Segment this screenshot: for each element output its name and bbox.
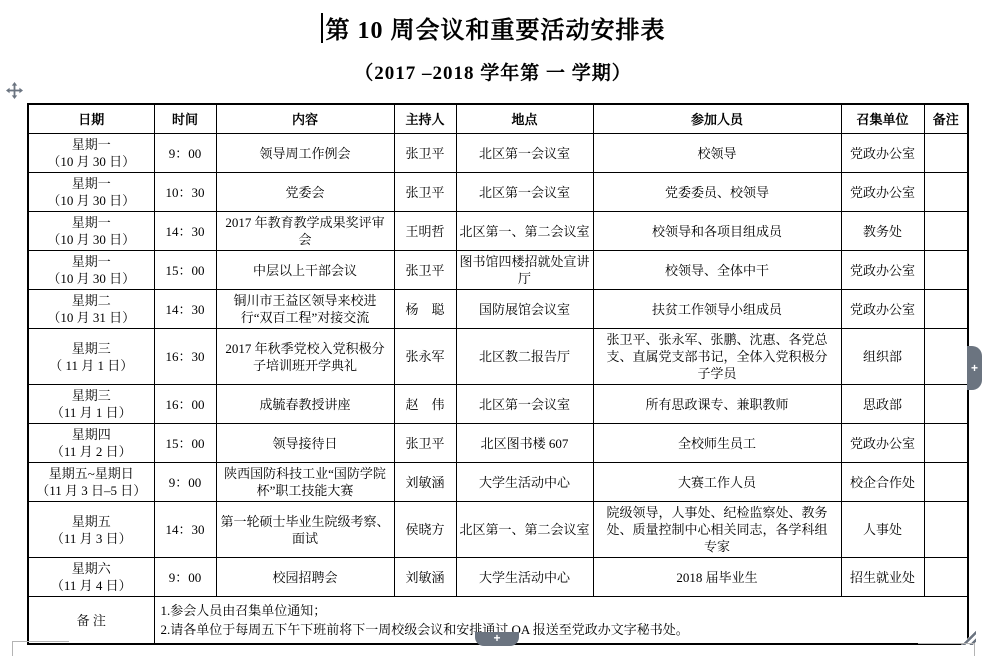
column-header-host[interactable]: 主持人 bbox=[394, 104, 456, 134]
cell-date[interactable]: 星期四（11 月 2 日） bbox=[28, 424, 154, 463]
page-title-text: 第 10 周会议和重要活动安排表 bbox=[326, 18, 666, 44]
cell-content[interactable]: 领导周工作例会 bbox=[216, 134, 394, 173]
cell-participants[interactable]: 所有思政课专、兼职教师 bbox=[593, 385, 841, 424]
cell-content[interactable]: 成毓春教授讲座 bbox=[216, 385, 394, 424]
schedule-row-1: 星期一（10 月 30 日）9：00领导周工作例会张卫平北区第一会议室校领导党政… bbox=[28, 134, 968, 173]
cell-time[interactable]: 16：30 bbox=[154, 329, 216, 385]
page-title[interactable]: 第 10 周会议和重要活动安排表 bbox=[0, 10, 986, 45]
column-header-date[interactable]: 日期 bbox=[28, 104, 154, 134]
cell-content[interactable]: 中层以上干部会议 bbox=[216, 251, 394, 290]
cell-organizer[interactable]: 党政办公室 bbox=[841, 424, 924, 463]
schedule-row-7: 星期三（11 月 1 日）16：00成毓春教授讲座赵 伟北区第一会议室所有思政课… bbox=[28, 385, 968, 424]
cell-participants[interactable]: 院级领导，人事处、纪检监察处、教务处、质量控制中心相关同志，各学科组专家 bbox=[593, 502, 841, 558]
cell-time[interactable]: 14：30 bbox=[154, 502, 216, 558]
table-move-icon[interactable] bbox=[6, 82, 23, 99]
cell-note[interactable] bbox=[924, 173, 968, 212]
cell-host[interactable]: 张卫平 bbox=[394, 173, 456, 212]
cell-location[interactable]: 北区第一、第二会议室 bbox=[456, 502, 593, 558]
plus-icon: + bbox=[971, 361, 978, 375]
cell-location[interactable]: 北区第一会议室 bbox=[456, 173, 593, 212]
plus-icon: + bbox=[493, 631, 500, 645]
cell-note[interactable] bbox=[924, 385, 968, 424]
cell-note[interactable] bbox=[924, 212, 968, 251]
cell-organizer[interactable]: 党政办公室 bbox=[841, 173, 924, 212]
cell-participants[interactable]: 大赛工作人员 bbox=[593, 463, 841, 502]
cell-organizer[interactable]: 党政办公室 bbox=[841, 290, 924, 329]
cell-organizer[interactable]: 党政办公室 bbox=[841, 134, 924, 173]
page-corner-mark bbox=[974, 643, 975, 656]
cell-time[interactable]: 15：00 bbox=[154, 251, 216, 290]
cell-content[interactable]: 领导接待日 bbox=[216, 424, 394, 463]
cell-date[interactable]: 星期一（10 月 30 日） bbox=[28, 134, 154, 173]
cell-participants[interactable]: 张卫平、张永军、张鹏、沈惠、各党总支、直属党支部书记，全体入党积极分子学员 bbox=[593, 329, 841, 385]
cell-content[interactable]: 铜川市王益区领导来校进行“双百工程”对接交流 bbox=[216, 290, 394, 329]
cell-note[interactable] bbox=[924, 502, 968, 558]
header-row: 日期时间内容主持人地点参加人员召集单位备注 bbox=[28, 104, 968, 134]
cell-organizer[interactable]: 校企合作处 bbox=[841, 463, 924, 502]
cell-location[interactable]: 北区教二报告厅 bbox=[456, 329, 593, 385]
cell-date[interactable]: 星期一（10 月 30 日） bbox=[28, 212, 154, 251]
schedule-row-10: 星期五（11 月 3 日）14：30第一轮硕士毕业生院级考察、面试侯晓方北区第一… bbox=[28, 502, 968, 558]
cell-host[interactable]: 张永军 bbox=[394, 329, 456, 385]
cell-host[interactable]: 杨 聪 bbox=[394, 290, 456, 329]
cell-host[interactable]: 张卫平 bbox=[394, 251, 456, 290]
cell-organizer[interactable]: 招生就业处 bbox=[841, 558, 924, 597]
cell-organizer[interactable]: 思政部 bbox=[841, 385, 924, 424]
cell-note[interactable] bbox=[924, 463, 968, 502]
remark-content-cell[interactable]: 1.参会人员由召集单位通知； 2.请各单位于每周五下午下班前将下一周校级会议和安… bbox=[154, 597, 968, 645]
schedule-row-6: 星期三（ 11 月 1 日）16：302017 年秋季党校入党积极分子培训班开学… bbox=[28, 329, 968, 385]
page-corner-mark bbox=[12, 641, 13, 656]
cell-location[interactable]: 北区图书楼 607 bbox=[456, 424, 593, 463]
column-header-participants[interactable]: 参加人员 bbox=[593, 104, 841, 134]
cell-content[interactable]: 校园招聘会 bbox=[216, 558, 394, 597]
schedule-row-5: 星期二（10 月 31 日）14：30铜川市王益区领导来校进行“双百工程”对接交… bbox=[28, 290, 968, 329]
schedule-row-9: 星期五~星期日（11 月 3 日–5 日）9：00陕西国防科技工业“国防学院杯”… bbox=[28, 463, 968, 502]
page-corner-mark bbox=[918, 643, 975, 644]
column-header-note[interactable]: 备注 bbox=[924, 104, 968, 134]
cell-note[interactable] bbox=[924, 251, 968, 290]
cell-time[interactable]: 16：00 bbox=[154, 385, 216, 424]
cell-organizer[interactable]: 党政办公室 bbox=[841, 251, 924, 290]
cell-time[interactable]: 14：30 bbox=[154, 290, 216, 329]
cell-location[interactable]: 图书馆四楼招就处宣讲厅 bbox=[456, 251, 593, 290]
add-column-button[interactable]: + bbox=[967, 346, 982, 390]
cell-organizer[interactable]: 组织部 bbox=[841, 329, 924, 385]
cell-time[interactable]: 14：30 bbox=[154, 212, 216, 251]
cell-participants[interactable]: 校领导、全体中干 bbox=[593, 251, 841, 290]
cell-content[interactable]: 2017 年秋季党校入党积极分子培训班开学典礼 bbox=[216, 329, 394, 385]
schedule-row-11: 星期六（11 月 4 日）9：00校园招聘会刘敏涵大学生活动中心2018 届毕业… bbox=[28, 558, 968, 597]
schedule-row-2: 星期一（10 月 30 日）10：30党委会张卫平北区第一会议室党委委员、校领导… bbox=[28, 173, 968, 212]
page-corner-mark bbox=[12, 641, 69, 642]
cell-date[interactable]: 星期一（10 月 30 日） bbox=[28, 251, 154, 290]
cell-location[interactable]: 大学生活动中心 bbox=[456, 558, 593, 597]
cell-location[interactable]: 大学生活动中心 bbox=[456, 463, 593, 502]
move-arrows-icon bbox=[6, 82, 23, 99]
remark-label-cell[interactable]: 备 注 bbox=[28, 597, 154, 645]
cell-host[interactable]: 张卫平 bbox=[394, 424, 456, 463]
cell-content[interactable]: 第一轮硕士毕业生院级考察、面试 bbox=[216, 502, 394, 558]
cell-participants[interactable]: 扶贫工作领导小组成员 bbox=[593, 290, 841, 329]
cell-date[interactable]: 星期一（10 月 30 日） bbox=[28, 173, 154, 212]
column-header-location[interactable]: 地点 bbox=[456, 104, 593, 134]
cell-note[interactable] bbox=[924, 290, 968, 329]
cell-time[interactable]: 9：00 bbox=[154, 134, 216, 173]
cell-location[interactable]: 北区第一、第二会议室 bbox=[456, 212, 593, 251]
column-header-time[interactable]: 时间 bbox=[154, 104, 216, 134]
cell-host[interactable]: 刘敏涵 bbox=[394, 463, 456, 502]
cell-date[interactable]: 星期三（ 11 月 1 日） bbox=[28, 329, 154, 385]
cell-organizer[interactable]: 教务处 bbox=[841, 212, 924, 251]
cell-date[interactable]: 星期二（10 月 31 日） bbox=[28, 290, 154, 329]
cell-time[interactable]: 9：00 bbox=[154, 463, 216, 502]
cell-participants[interactable]: 校领导 bbox=[593, 134, 841, 173]
cell-participants[interactable]: 校领导和各项目组成员 bbox=[593, 212, 841, 251]
add-row-button[interactable]: + bbox=[475, 632, 519, 646]
cell-location[interactable]: 北区第一会议室 bbox=[456, 385, 593, 424]
cell-participants[interactable]: 党委委员、校领导 bbox=[593, 173, 841, 212]
column-header-content[interactable]: 内容 bbox=[216, 104, 394, 134]
page-subtitle[interactable]: （2017 –2018 学年第 一 学期） bbox=[0, 58, 986, 85]
schedule-row-4: 星期一（10 月 30 日）15：00中层以上干部会议张卫平图书馆四楼招就处宣讲… bbox=[28, 251, 968, 290]
cell-content[interactable]: 党委会 bbox=[216, 173, 394, 212]
cell-organizer[interactable]: 人事处 bbox=[841, 502, 924, 558]
cell-location[interactable]: 国防展馆会议室 bbox=[456, 290, 593, 329]
column-header-organizer[interactable]: 召集单位 bbox=[841, 104, 924, 134]
cell-location[interactable]: 北区第一会议室 bbox=[456, 134, 593, 173]
cell-date[interactable]: 星期五~星期日（11 月 3 日–5 日） bbox=[28, 463, 154, 502]
cell-host[interactable]: 侯晓方 bbox=[394, 502, 456, 558]
cell-date[interactable]: 星期六（11 月 4 日） bbox=[28, 558, 154, 597]
cell-host[interactable]: 王明哲 bbox=[394, 212, 456, 251]
cell-host[interactable]: 刘敏涵 bbox=[394, 558, 456, 597]
remark-line-1: 1.参会人员由召集单位通知； bbox=[161, 601, 962, 620]
cell-host[interactable]: 赵 伟 bbox=[394, 385, 456, 424]
cell-participants[interactable]: 2018 届毕业生 bbox=[593, 558, 841, 597]
remark-line-2: 2.请各单位于每周五下午下班前将下一周校级会议和安排通过 OA 报送至党政办文字… bbox=[161, 620, 962, 639]
cell-content[interactable]: 陕西国防科技工业“国防学院杯”职工技能大赛 bbox=[216, 463, 394, 502]
cell-note[interactable] bbox=[924, 558, 968, 597]
cell-time[interactable]: 15：00 bbox=[154, 424, 216, 463]
cell-host[interactable]: 张卫平 bbox=[394, 134, 456, 173]
schedule-row-8: 星期四（11 月 2 日）15：00领导接待日张卫平北区图书楼 607全校师生员… bbox=[28, 424, 968, 463]
cell-note[interactable] bbox=[924, 134, 968, 173]
schedule-row-3: 星期一（10 月 30 日）14：302017 年教育教学成果奖评审会王明哲北区… bbox=[28, 212, 968, 251]
cell-date[interactable]: 星期五（11 月 3 日） bbox=[28, 502, 154, 558]
cell-content[interactable]: 2017 年教育教学成果奖评审会 bbox=[216, 212, 394, 251]
cell-date[interactable]: 星期三（11 月 1 日） bbox=[28, 385, 154, 424]
cell-note[interactable] bbox=[924, 329, 968, 385]
cell-participants[interactable]: 全校师生员工 bbox=[593, 424, 841, 463]
cell-time[interactable]: 10：30 bbox=[154, 173, 216, 212]
text-cursor bbox=[321, 13, 323, 43]
cell-note[interactable] bbox=[924, 424, 968, 463]
schedule-table: 日期时间内容主持人地点参加人员召集单位备注 星期一（10 月 30 日）9：00… bbox=[27, 103, 969, 645]
cell-time[interactable]: 9：00 bbox=[154, 558, 216, 597]
